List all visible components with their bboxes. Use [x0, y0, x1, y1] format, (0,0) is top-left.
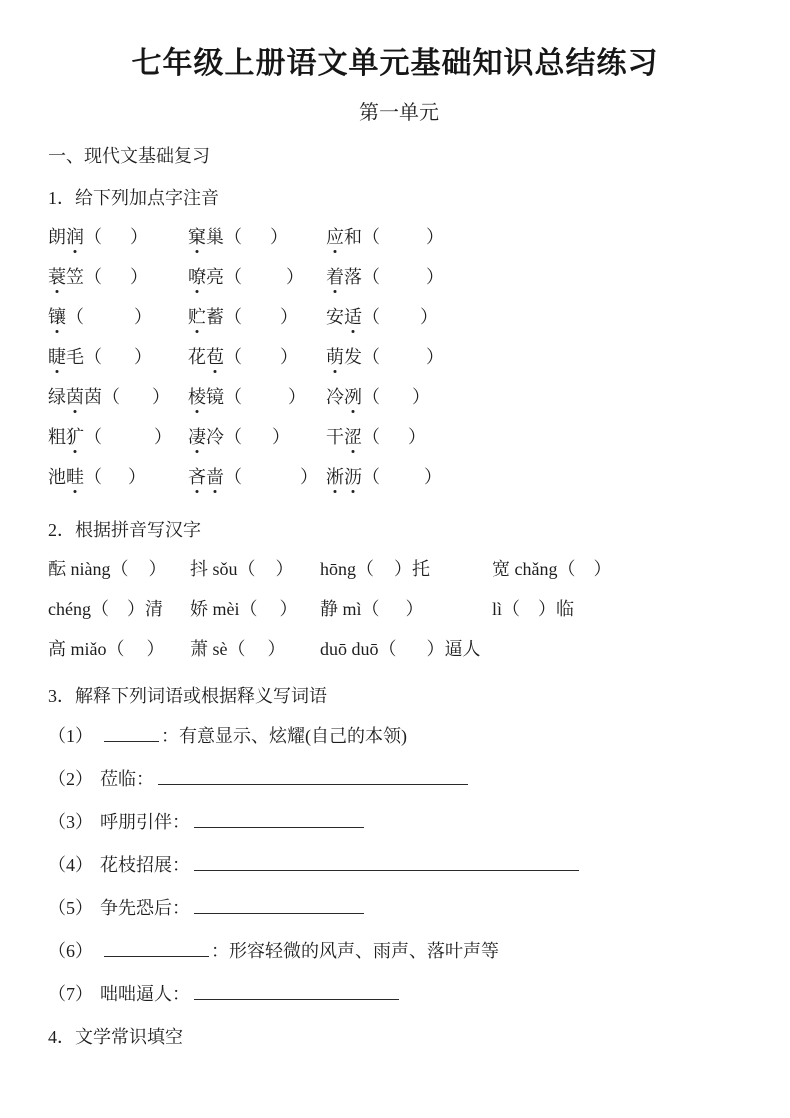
hanzi-char: 蓑: [48, 266, 66, 288]
answer-blank: [194, 984, 399, 1000]
annotated-word: 干涩: [326, 427, 362, 447]
annotation-item: 贮蓄（）: [188, 306, 326, 328]
pinyin-prompt: 萧 sè: [190, 639, 228, 659]
item-term: 咄咄逼人：: [100, 984, 190, 1004]
hanzi-char: 涩: [344, 426, 362, 448]
hanzi-char: 苞: [206, 346, 224, 368]
write-hanzi-item: 酝 niàng（）: [48, 558, 190, 580]
hanzi-char: 发: [344, 346, 362, 368]
answer-parens: （）: [224, 387, 306, 407]
hanzi-char: 花: [188, 346, 206, 368]
annotation-item: 安适（）: [326, 306, 750, 328]
answer-parens: （）: [224, 347, 298, 367]
answer-parens: （）: [362, 347, 444, 367]
answer-parens: （）: [238, 559, 294, 579]
hanzi-char: 着: [326, 266, 344, 288]
hanzi-suffix: 临: [556, 599, 574, 619]
write-hanzi-item: 娇 mèi（）: [190, 598, 320, 620]
answer-parens: （）: [362, 307, 438, 327]
hanzi-char: 吝: [188, 466, 206, 488]
answer-parens: （）: [502, 599, 556, 619]
unit-subtitle: 第一单元: [48, 100, 750, 126]
pinyin-prompt: 抖 sǒu: [190, 559, 238, 579]
answer-parens: （）: [362, 467, 442, 487]
annotated-word: 花苞: [188, 347, 224, 367]
pinyin-prompt: lì: [492, 599, 502, 619]
hanzi-char: 窠: [188, 226, 206, 248]
hanzi-char: 润: [66, 226, 84, 248]
annotated-word: 淅沥: [326, 467, 362, 487]
item-term: 呼朋引伴：: [100, 812, 190, 832]
item-number: （2）: [48, 769, 93, 789]
hanzi-char: 笠: [66, 266, 84, 288]
answer-parens: （）: [84, 347, 152, 367]
pinyin-prompt: duō duō: [320, 639, 379, 659]
item-term: 花枝招展：: [100, 855, 190, 875]
annotation-item: 蓑笠（）: [48, 266, 188, 288]
annotated-word: 着落: [326, 267, 362, 287]
annotation-item: 朗润（）: [48, 226, 188, 248]
hanzi-char: 沥: [344, 466, 362, 488]
hanzi-char: 毛: [66, 346, 84, 368]
definition-item: （5）争先恐后：: [48, 896, 750, 920]
hanzi-char: 干: [326, 426, 344, 448]
answer-parens: （）: [362, 227, 444, 247]
annotated-word: 嘹亮: [188, 267, 224, 287]
hanzi-char: 巢: [206, 226, 224, 248]
hanzi-char: 粗: [48, 426, 66, 448]
answer-parens: （）: [379, 639, 445, 659]
pinyin-prompt: 高 miǎo: [48, 639, 107, 659]
write-hanzi-item: 抖 sǒu（）: [190, 558, 320, 580]
pinyin-prompt: 宽 chǎng: [492, 559, 557, 579]
annotation-item: 淅沥（）: [326, 466, 750, 488]
pinyin-prompt: 静 mì: [320, 599, 362, 619]
write-hanzi-item: duō duō（）逼人: [320, 638, 492, 660]
hanzi-char: 冷: [206, 426, 224, 448]
answer-parens: （）: [91, 599, 145, 619]
write-hanzi-item: 静 mì（）: [320, 598, 492, 620]
annotation-item: 嘹亮（）: [188, 266, 326, 288]
item-number: （1）: [48, 726, 93, 746]
definition-item: （1）：有意显示、炫耀(自己的本领): [48, 724, 750, 748]
answer-parens: （）: [240, 599, 298, 619]
hanzi-char: 畦: [66, 466, 84, 488]
item-definition: 形容轻微的风声、雨声、落叶声等: [229, 941, 499, 961]
item-number: （5）: [48, 898, 93, 918]
answer-parens: （）: [66, 307, 152, 327]
write-hanzi-grid: 酝 niàng（）抖 sǒu（）hōng（）托宽 chǎng（）chéng（）清…: [48, 558, 750, 660]
annotated-word: 镶: [48, 307, 66, 327]
annotated-word: 冷冽: [326, 387, 362, 407]
answer-parens: （）: [362, 267, 444, 287]
item-term: 争先恐后：: [100, 898, 190, 918]
answer-parens: （）: [102, 387, 170, 407]
answer-blank: [104, 941, 209, 957]
answer-parens: （）: [362, 387, 430, 407]
pinyin-row: 粗犷（）凄冷（）干涩（）: [48, 426, 750, 448]
hanzi-char: 适: [344, 306, 362, 328]
hanzi-char: 朗: [48, 226, 66, 248]
hanzi-char: 萌: [326, 346, 344, 368]
item-number: （6）: [48, 941, 93, 961]
hanzi-char: 镜: [206, 386, 224, 408]
answer-parens: （）: [224, 427, 290, 447]
write-hanzi-item: lì（）临: [492, 598, 750, 620]
write-hanzi-row: 酝 niàng（）抖 sǒu（）hōng（）托宽 chǎng（）: [48, 558, 750, 580]
hanzi-suffix: 托: [412, 559, 430, 579]
definition-item: （3）呼朋引伴：: [48, 810, 750, 834]
answer-blank: [194, 855, 579, 871]
hanzi-char: 亮: [206, 266, 224, 288]
write-hanzi-row: 高 miǎo（）萧 sè（）duō duō（）逼人: [48, 638, 750, 660]
answer-parens: （）: [224, 227, 288, 247]
hanzi-suffix: 清: [145, 599, 163, 619]
answer-blank: [194, 812, 364, 828]
answer-blank: [158, 769, 468, 785]
write-hanzi-item: 萧 sè（）: [190, 638, 320, 660]
annotated-word: 睫毛: [48, 347, 84, 367]
answer-parens: （）: [84, 427, 172, 447]
annotation-item: 睫毛（）: [48, 346, 188, 368]
hanzi-char: 棱: [188, 386, 206, 408]
hanzi-char: 贮: [188, 306, 206, 328]
annotation-item: 池畦（）: [48, 466, 188, 488]
write-hanzi-item: 宽 chǎng（）: [492, 558, 750, 580]
write-hanzi-item: hōng（）托: [320, 558, 492, 580]
write-hanzi-item: chéng（）清: [48, 598, 190, 620]
answer-parens: （）: [557, 559, 611, 579]
section-heading: 一、现代文基础复习: [48, 144, 750, 168]
pinyin-annotation-grid: 朗润（）窠巢（）应和（）蓑笠（）嘹亮（）着落（）镶（）贮蓄（）安适（）睫毛（）花…: [48, 226, 750, 488]
pinyin-prompt: 娇 mèi: [190, 599, 240, 619]
annotation-item: 凄冷（）: [188, 426, 326, 448]
annotation-item: 冷冽（）: [326, 386, 750, 408]
answer-parens: （）: [362, 599, 424, 619]
answer-parens: （）: [228, 639, 286, 659]
pinyin-prompt: 酝 niàng: [48, 559, 111, 579]
hanzi-char: 镶: [48, 306, 66, 328]
hanzi-char: 茵: [84, 386, 102, 408]
hanzi-char: 池: [48, 466, 66, 488]
annotated-word: 粗犷: [48, 427, 84, 447]
answer-parens: （）: [84, 227, 148, 247]
item-number: （4）: [48, 855, 93, 875]
item-number: （7）: [48, 984, 93, 1004]
hanzi-char: 凄: [188, 426, 206, 448]
q4-heading: 4．文学常识填空: [48, 1025, 750, 1049]
annotation-item: 花苞（）: [188, 346, 326, 368]
annotation-item: 应和（）: [326, 226, 750, 248]
definition-items: （1）：有意显示、炫耀(自己的本领)（2）莅临：（3）呼朋引伴：（4）花枝招展：…: [48, 724, 750, 1006]
hanzi-char: 安: [326, 306, 344, 328]
hanzi-char: 啬: [206, 466, 224, 488]
hanzi-char: 嘹: [188, 266, 206, 288]
item-term: 莅临：: [100, 769, 154, 789]
write-hanzi-item: 高 miǎo（）: [48, 638, 190, 660]
hanzi-char: 落: [344, 266, 362, 288]
hanzi-char: 冽: [344, 386, 362, 408]
item-colon: ：: [211, 941, 229, 961]
item-number: （3）: [48, 812, 93, 832]
page-title: 七年级上册语文单元基础知识总结练习: [48, 44, 742, 84]
pinyin-row: 朗润（）窠巢（）应和（）: [48, 226, 750, 248]
annotated-word: 池畦: [48, 467, 84, 487]
hanzi-char: 和: [344, 226, 362, 248]
hanzi-suffix: 逼人: [445, 639, 481, 659]
annotated-word: 凄冷: [188, 427, 224, 447]
annotation-item: 镶（）: [48, 306, 188, 328]
pinyin-prompt: chéng: [48, 599, 91, 619]
annotated-word: 应和: [326, 227, 362, 247]
hanzi-char: 犷: [66, 426, 84, 448]
write-hanzi-row: chéng（）清娇 mèi（）静 mì（）lì（）临: [48, 598, 750, 620]
pinyin-row: 池畦（）吝啬（）淅沥（）: [48, 466, 750, 488]
hanzi-char: 应: [326, 226, 344, 248]
hanzi-char: 冷: [326, 386, 344, 408]
annotated-word: 贮蓄: [188, 307, 224, 327]
answer-blank: [104, 726, 159, 742]
annotation-item: 干涩（）: [326, 426, 750, 448]
annotation-item: 萌发（）: [326, 346, 750, 368]
worksheet-page: 七年级上册语文单元基础知识总结练习 第一单元 一、现代文基础复习 1．给下列加点…: [0, 0, 790, 1118]
item-definition: 有意显示、炫耀(自己的本领): [179, 726, 407, 746]
definition-item: （2）莅临：: [48, 767, 750, 791]
annotated-word: 朗润: [48, 227, 84, 247]
annotated-word: 安适: [326, 307, 362, 327]
annotation-item: 绿茵茵（）: [48, 386, 188, 408]
pinyin-row: 睫毛（）花苞（）萌发（）: [48, 346, 750, 368]
hanzi-char: 绿: [48, 386, 66, 408]
hanzi-char: 淅: [326, 466, 344, 488]
pinyin-prompt: hōng: [320, 559, 356, 579]
q1-heading: 1．给下列加点字注音: [48, 186, 750, 210]
definition-item: （4）花枝招展：: [48, 853, 750, 877]
definition-item: （6）：形容轻微的风声、雨声、落叶声等: [48, 939, 750, 963]
answer-parens: （）: [84, 467, 146, 487]
answer-parens: （）: [362, 427, 426, 447]
annotated-word: 蓑笠: [48, 267, 84, 287]
annotation-item: 窠巢（）: [188, 226, 326, 248]
pinyin-row: 绿茵茵（）棱镜（）冷冽（）: [48, 386, 750, 408]
answer-parens: （）: [224, 307, 298, 327]
annotation-item: 棱镜（）: [188, 386, 326, 408]
answer-parens: （）: [356, 559, 412, 579]
answer-parens: （）: [111, 559, 167, 579]
definition-item: （7）咄咄逼人：: [48, 982, 750, 1006]
hanzi-char: 蓄: [206, 306, 224, 328]
annotated-word: 绿茵茵: [48, 387, 102, 407]
annotated-word: 萌发: [326, 347, 362, 367]
annotated-word: 棱镜: [188, 387, 224, 407]
item-colon: ：: [161, 726, 179, 746]
hanzi-char: 茵: [66, 386, 84, 408]
q2-heading: 2．根据拼音写汉字: [48, 518, 750, 542]
answer-parens: （）: [224, 267, 304, 287]
annotation-item: 着落（）: [326, 266, 750, 288]
answer-blank: [194, 898, 364, 914]
annotated-word: 吝啬: [188, 467, 224, 487]
annotation-item: 吝啬（）: [188, 466, 326, 488]
hanzi-char: 睫: [48, 346, 66, 368]
answer-parens: （）: [84, 267, 148, 287]
annotation-item: 粗犷（）: [48, 426, 188, 448]
answer-parens: （）: [107, 639, 165, 659]
pinyin-row: 镶（）贮蓄（）安适（）: [48, 306, 750, 328]
answer-parens: （）: [224, 467, 318, 487]
q3-heading: 3．解释下列词语或根据释义写词语: [48, 684, 750, 708]
annotated-word: 窠巢: [188, 227, 224, 247]
pinyin-row: 蓑笠（）嘹亮（）着落（）: [48, 266, 750, 288]
